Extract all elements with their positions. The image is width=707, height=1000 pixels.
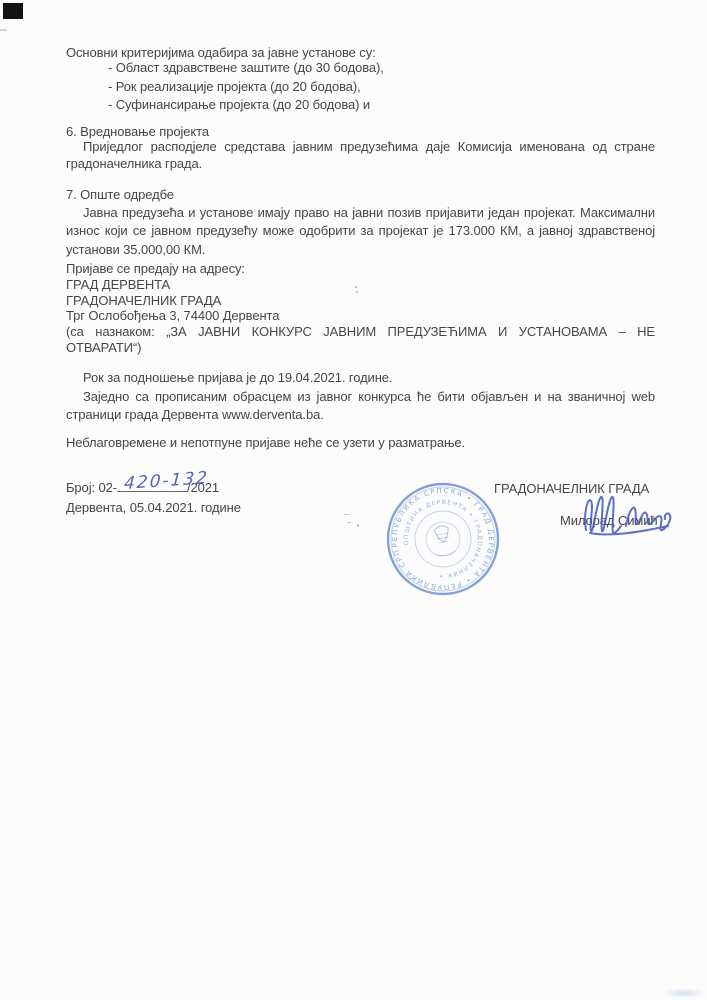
deadline-text: Рок за подношење пријава је до 19.04.202… — [66, 369, 655, 387]
section-7-line: Јавна предузећа и установе имају право н… — [66, 204, 655, 222]
stamp-outer-ring-text: РЕПУБЛИКА СРПСКА • ГРАД ДЕРВЕНТА • РЕПУБ… — [384, 477, 502, 601]
address-block: Пријаве се предају на адресу: ГРАД ДЕРВЕ… — [66, 261, 655, 356]
address-street: Трг Ослобођења 3, 74400 Дервента — [66, 308, 655, 324]
address-intro: Пријаве се предају на адресу: — [66, 261, 655, 277]
address-office: ГРАДОНАЧЕЛНИК ГРАДА — [66, 293, 655, 309]
place-date: Дервента, 05.04.2021. године — [66, 498, 326, 518]
scan-edge-artifact — [0, 29, 7, 31]
scan-smudge — [661, 988, 707, 998]
document-number-block: Број: 02-/2021 420-132 Дервента, 05.04.2… — [66, 478, 326, 518]
official-round-stamp: РЕПУБЛИКА СРПСКА • ГРАД ДЕРВЕНТА • РЕПУБ… — [384, 477, 502, 601]
section-7-line: установи 35.000,00 КМ. — [66, 241, 655, 259]
section-7-line: износ који се јавном предузећу може одоб… — [66, 222, 655, 240]
section-6-line: градоначелника града. — [66, 156, 655, 173]
publication-line: Заједно са прописаним обрасцем из јавног… — [66, 388, 655, 406]
section-6-body: Приједлог расподјеле средстава јавним пр… — [66, 139, 655, 172]
invalid-note-paragraph: Неблаговремене и непотпуне пријаве неће … — [66, 434, 655, 452]
criteria-item: - Рок реализације пројекта (до 20 бодова… — [108, 78, 628, 97]
deadline-paragraph: Рок за подношење пријава је до 19.04.202… — [66, 369, 655, 387]
address-city: ГРАД ДЕРВЕНТА — [66, 277, 655, 293]
invalid-note-text: Неблаговремене и непотпуне пријаве неће … — [66, 434, 655, 452]
scan-corner-artifact — [3, 3, 23, 19]
criteria-item: - Суфинансирање пројекта (до 20 бодова) … — [108, 96, 628, 115]
handwritten-signature — [578, 486, 678, 544]
number-prefix: Број: 02- — [66, 480, 117, 495]
publication-line: страници града Дервента www.derventa.ba. — [66, 406, 655, 424]
scan-speck — [344, 514, 349, 515]
section-7-body: Јавна предузећа и установе имају право н… — [66, 204, 655, 259]
document-number-line: Број: 02-/2021 420-132 — [66, 478, 326, 498]
section-6-line: Приједлог расподјеле средстава јавним пр… — [66, 139, 655, 156]
section-7-heading: 7. Опште одредбе — [66, 186, 655, 204]
envelope-note-line: (са назнаком: „ЗА ЈАВНИ КОНКУРС ЈАВНИМ П… — [66, 324, 655, 340]
envelope-note-line: ОТВАРАТИ“) — [66, 340, 655, 356]
scan-speck — [347, 522, 351, 523]
criteria-item: - Област здравствене заштите (до 30 бодо… — [108, 59, 628, 78]
scanned-document-page: Основни критеријима одабира за јавне уст… — [0, 0, 707, 1000]
criteria-list: - Област здравствене заштите (до 30 бодо… — [108, 59, 628, 115]
section-7-heading-text: 7. Опште одредбе — [66, 186, 655, 204]
scan-speck — [357, 524, 359, 527]
svg-text:РЕПУБЛИКА СРПСКА • ГРАД ДЕРВЕН: РЕПУБЛИКА СРПСКА • ГРАД ДЕРВЕНТА • РЕПУБ… — [384, 477, 502, 601]
publication-paragraph: Заједно са прописаним обрасцем из јавног… — [66, 388, 655, 424]
